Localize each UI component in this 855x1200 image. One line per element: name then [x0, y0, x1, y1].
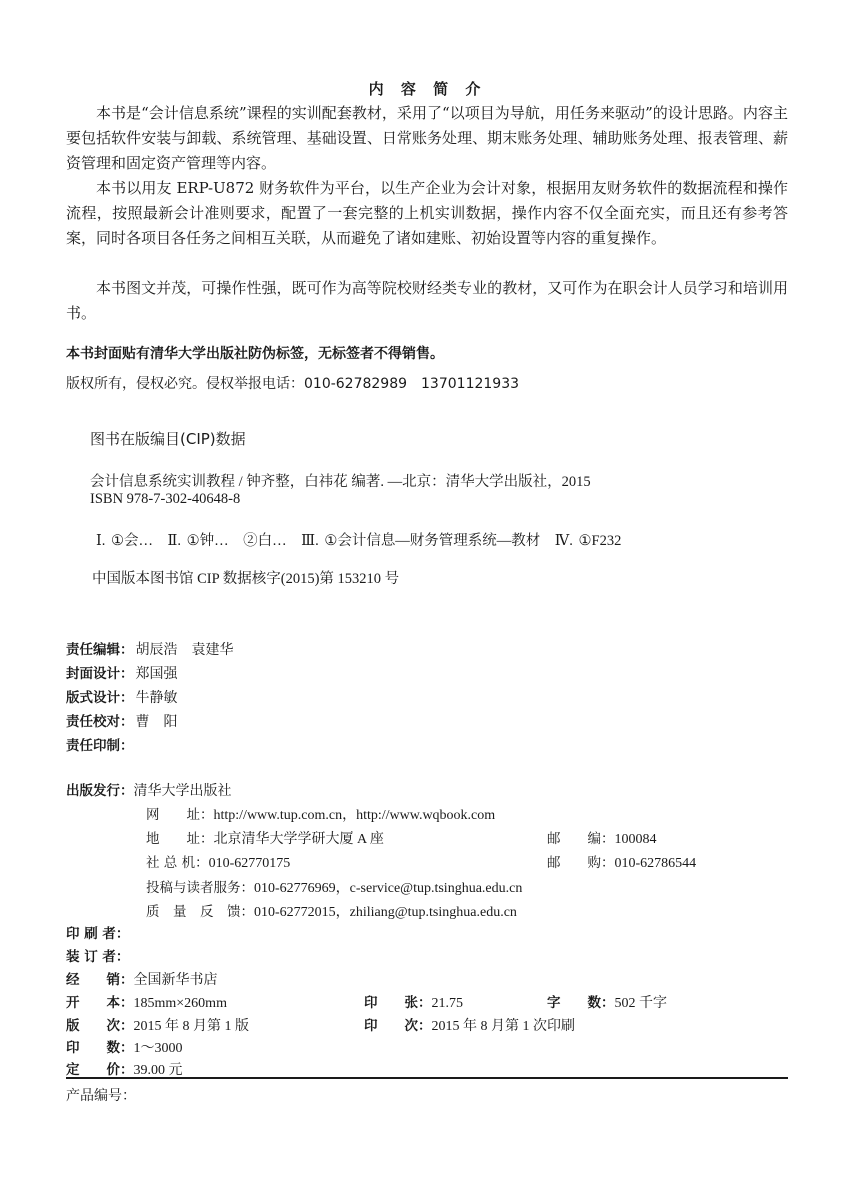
format-value: 185mm×260mm — [134, 996, 227, 1011]
mail-order-value: 010-62786544 — [615, 856, 697, 871]
cip-heading: 图书在版编目(CIP)数据 — [90, 428, 246, 449]
sheets-label: 印 张： — [364, 991, 432, 1011]
quality-feedback-row: 质 量 反 馈：010-62772015，zhiliang@tup.tsingh… — [146, 900, 517, 921]
distributor-row: 经 销：全国新华书店 — [66, 968, 218, 989]
website-row: 网 址：http://www.tup.com.cn，http://www.wqb… — [146, 803, 495, 824]
sheets-row: 印 张：21.75 — [364, 991, 463, 1012]
credit-editor: 责任编辑：胡辰浩 袁建华 — [66, 638, 234, 659]
switchboard-row: 社 总 机：010-62770175 — [146, 851, 290, 872]
credit-value: 胡辰浩 袁建华 — [136, 643, 234, 658]
mail-order-label: 邮 购： — [547, 851, 615, 871]
reader-service-row: 投稿与读者服务：010-62776969，c-service@tup.tsing… — [146, 876, 522, 897]
cip-classification: Ⅰ. ①会… Ⅱ. ①钟… ②白… Ⅲ. ①会计信息—财务管理系统—教材 Ⅳ. … — [96, 529, 621, 550]
edition-label: 版 次： — [66, 1014, 134, 1034]
print-run-value: 1～3000 — [134, 1041, 183, 1056]
credit-label: 责任印制： — [66, 738, 134, 754]
distributor-value: 全国新华书店 — [134, 973, 218, 988]
address-value: 北京清华大学学研大厦 A 座 — [214, 832, 384, 847]
summary-paragraph-2: 本书以用友 ERP-U872 财务软件为平台，以生产企业为会计对象，根据用友财务… — [66, 176, 788, 251]
postcode-value: 100084 — [615, 832, 657, 847]
publisher-name: 清华大学出版社 — [134, 784, 232, 799]
cip-bibliographic: 会计信息系统实训教程 / 钟齐整，白祎花 编著. —北京：清华大学出版社，201… — [90, 470, 591, 491]
address-label: 地 址： — [146, 827, 214, 847]
credit-value: 曹 阳 — [136, 715, 178, 730]
publisher-label: 出版发行： — [66, 779, 134, 799]
price-row: 定 价：39.00 元 — [66, 1058, 183, 1079]
address-row: 地 址：北京清华大学学研大厦 A 座 — [146, 827, 384, 848]
credit-layout-design: 版式设计：牛静敏 — [66, 686, 178, 707]
credit-label: 封面设计： — [66, 666, 134, 682]
switchboard-value: 010-62770175 — [209, 856, 291, 871]
format-label: 开 本： — [66, 991, 134, 1011]
postcode-label: 邮 编： — [547, 827, 615, 847]
credit-value: 牛静敏 — [136, 691, 178, 706]
reader-service-label: 投稿与读者服务： — [146, 876, 254, 896]
print-run-label: 印 数： — [66, 1036, 134, 1056]
product-number-label: 产品编号： — [66, 1085, 136, 1105]
switchboard-label: 社 总 机： — [146, 851, 209, 871]
words-row: 字 数：502 千字 — [547, 991, 667, 1012]
summary-paragraph-1: 本书是“会计信息系统”课程的实训配套教材，采用了“以项目为导航，用任务来驱动”的… — [66, 101, 788, 176]
printer-label: 印 刷 者： — [66, 922, 129, 942]
copyright-notice: 版权所有，侵权必究。侵权举报电话：010-62782989 1370112193… — [66, 373, 519, 393]
footer-divider — [66, 1077, 788, 1079]
credit-label: 责任编辑： — [66, 642, 134, 658]
anti-counterfeit-notice: 本书封面贴有清华大学出版社防伪标签，无标签者不得销售。 — [66, 343, 444, 363]
postcode-row: 邮 编：100084 — [547, 827, 657, 848]
distributor-label: 经 销： — [66, 968, 134, 988]
quality-feedback-label: 质 量 反 馈： — [146, 900, 254, 920]
cip-isbn: ISBN 978-7-302-40648-8 — [90, 491, 240, 508]
mail-order-row: 邮 购：010-62786544 — [547, 851, 696, 872]
format-row: 开 本：185mm×260mm — [66, 991, 227, 1012]
printing-row: 印 次：2015 年 8 月第 1 次印刷 — [364, 1014, 575, 1035]
price-label: 定 价： — [66, 1058, 134, 1078]
printer-row: 印 刷 者： — [66, 922, 129, 943]
reader-service-value: 010-62776969，c-service@tup.tsinghua.edu.… — [254, 881, 522, 896]
website-label: 网 址： — [146, 803, 214, 823]
price-value: 39.00 元 — [134, 1063, 183, 1078]
binder-label: 装 订 者： — [66, 945, 129, 965]
credit-value: 郑国强 — [136, 667, 178, 682]
summary-title: 内 容 简 介 — [0, 78, 855, 99]
credit-label: 版式设计： — [66, 690, 134, 706]
sheets-value: 21.75 — [432, 996, 464, 1011]
credit-label: 责任校对： — [66, 714, 134, 730]
edition-value: 2015 年 8 月第 1 版 — [134, 1019, 250, 1034]
credit-cover-design: 封面设计：郑国强 — [66, 662, 178, 683]
printing-value: 2015 年 8 月第 1 次印刷 — [432, 1019, 576, 1034]
binder-row: 装 订 者： — [66, 945, 129, 966]
cip-record-number: 中国版本图书馆 CIP 数据核字(2015)第 153210 号 — [92, 567, 399, 588]
publisher-row: 出版发行：清华大学出版社 — [66, 779, 232, 800]
credit-proofreader: 责任校对：曹 阳 — [66, 710, 178, 731]
credit-printing-supervisor: 责任印制： — [66, 734, 136, 755]
printing-label: 印 次： — [364, 1014, 432, 1034]
website-value: http://www.tup.com.cn，http://www.wqbook.… — [214, 808, 496, 823]
quality-feedback-value: 010-62772015，zhiliang@tup.tsinghua.edu.c… — [254, 905, 517, 920]
summary-paragraph-3: 本书图文并茂，可操作性强，既可作为高等院校财经类专业的教材，又可作为在职会计人员… — [66, 276, 788, 326]
print-run-row: 印 数：1～3000 — [66, 1036, 183, 1057]
words-value: 502 千字 — [615, 996, 668, 1011]
words-label: 字 数： — [547, 991, 615, 1011]
edition-row: 版 次：2015 年 8 月第 1 版 — [66, 1014, 249, 1035]
